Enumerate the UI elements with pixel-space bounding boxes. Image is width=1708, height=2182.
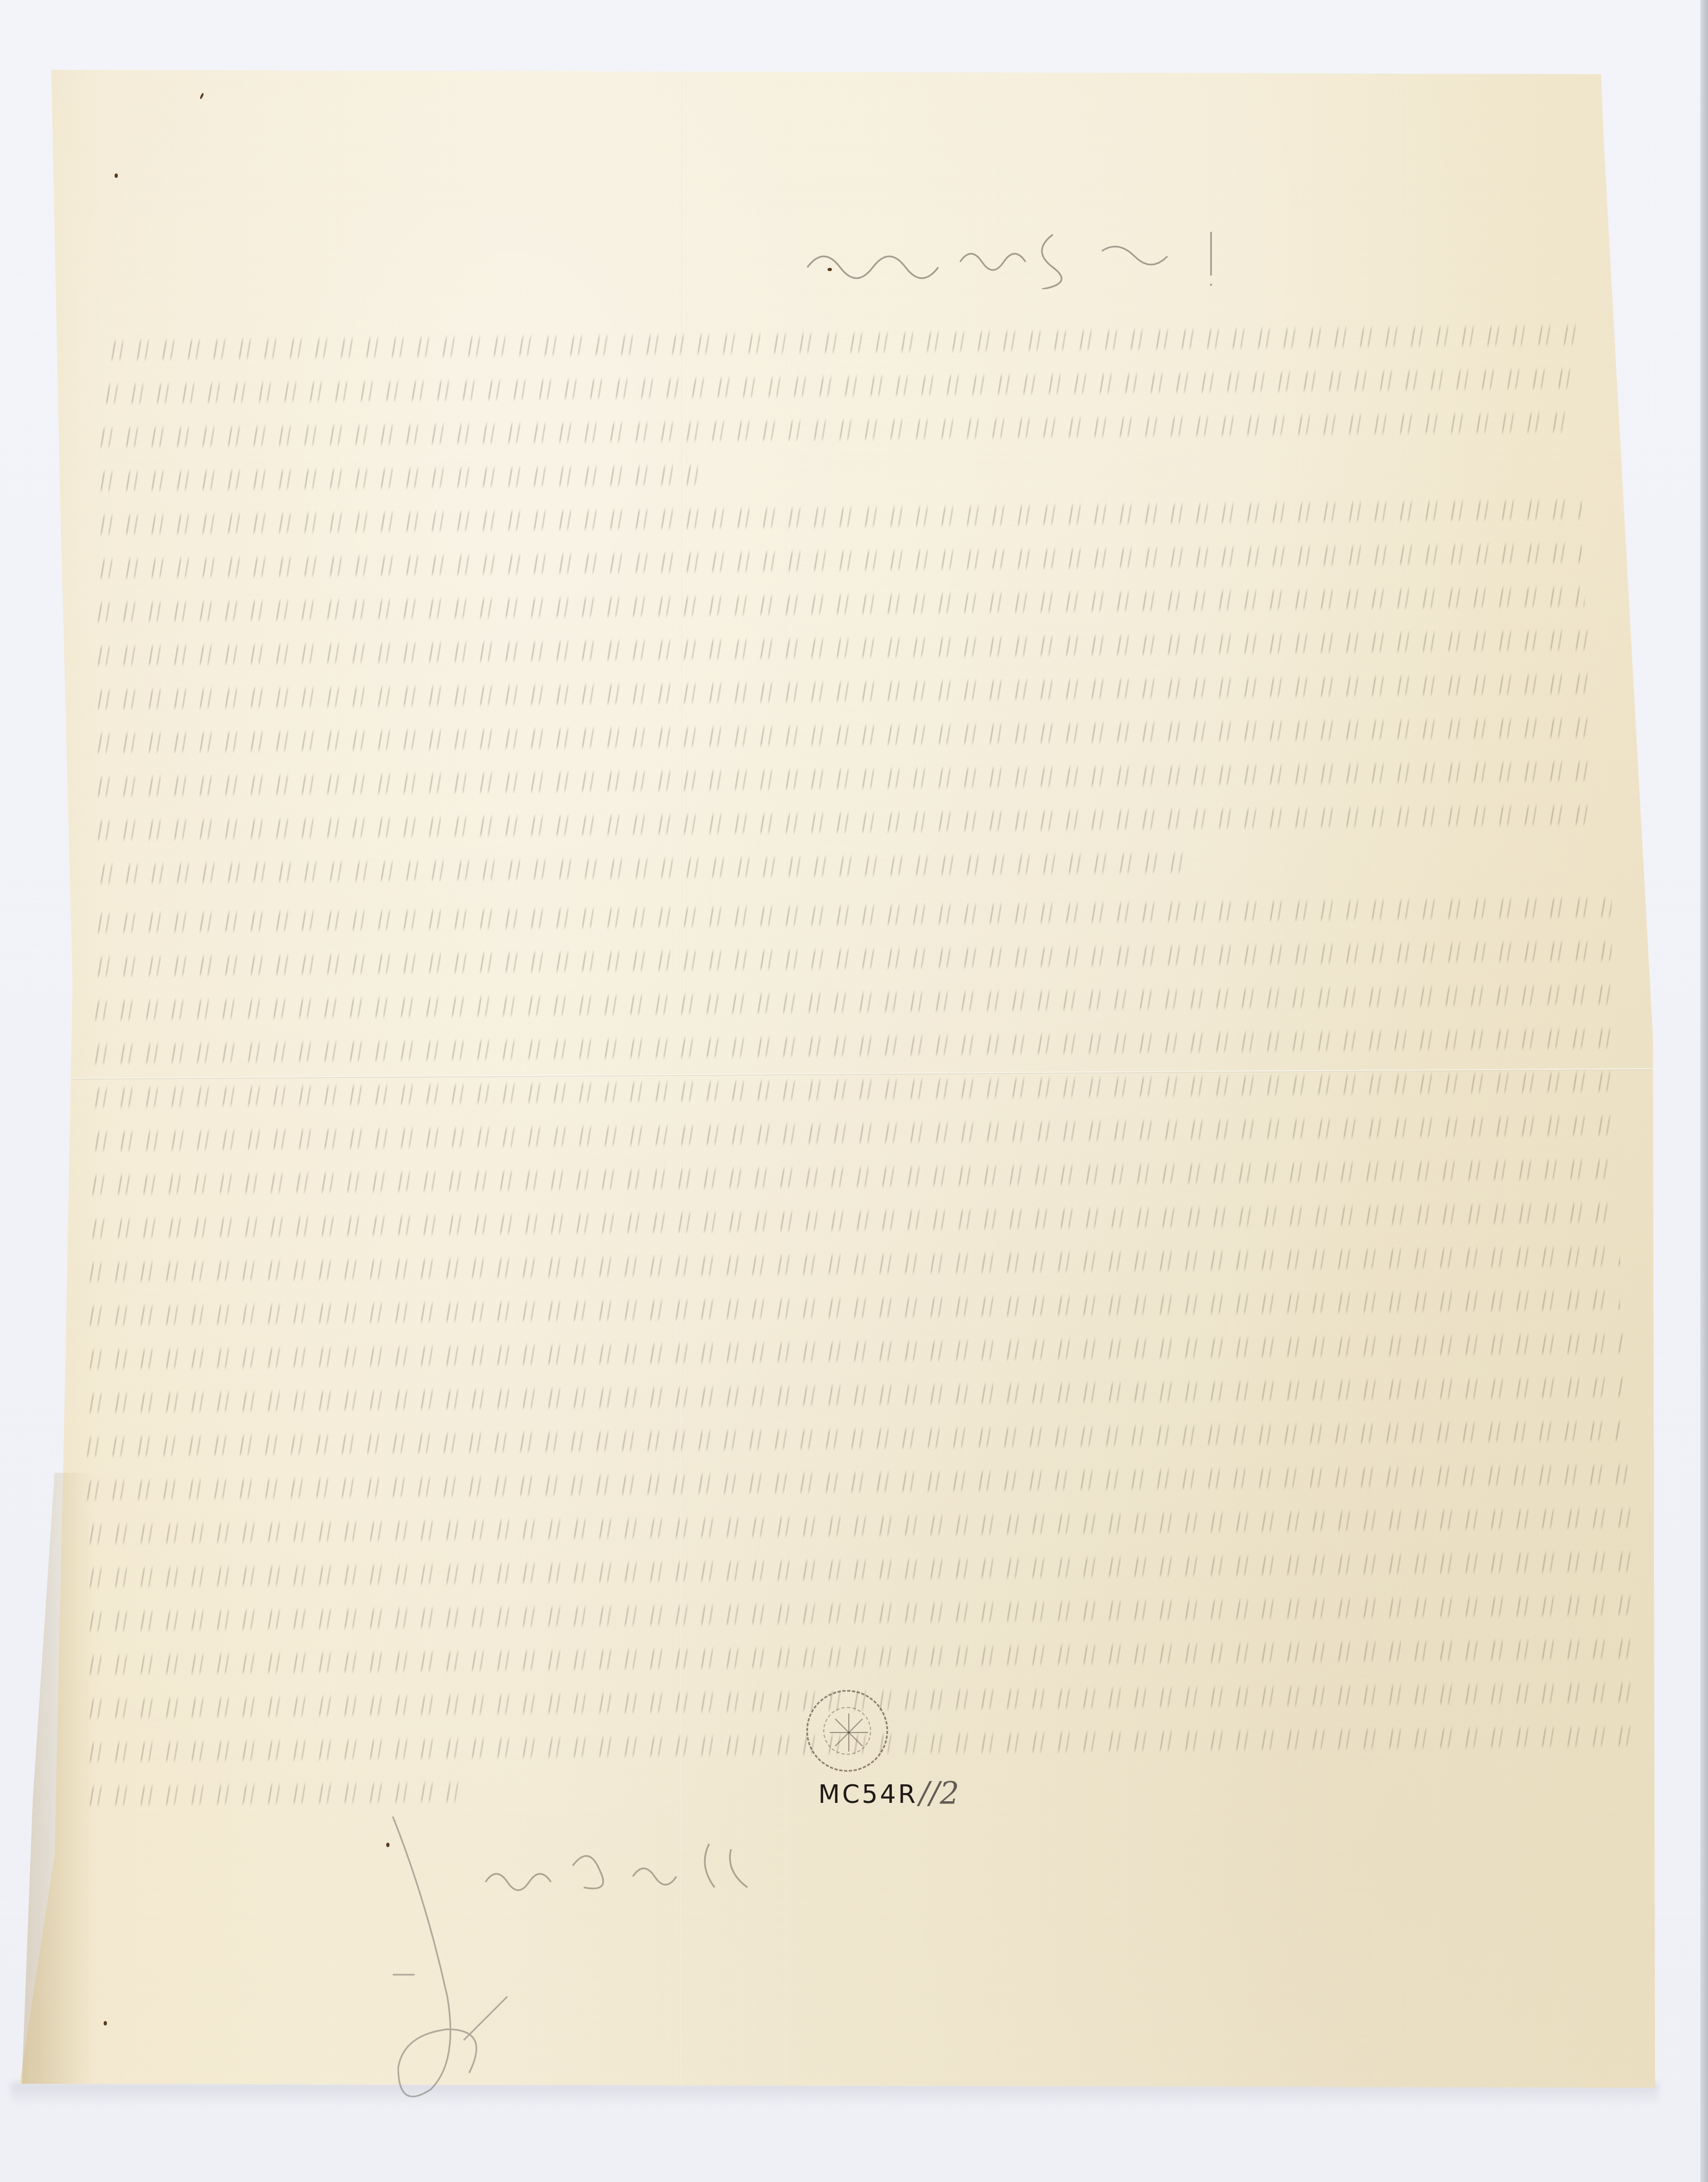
- vertical-fold-line: [786, 76, 787, 2084]
- paper-speck: [104, 2021, 107, 2025]
- stamp-rays-icon: [808, 1692, 890, 1773]
- scanner-edge: [1700, 0, 1708, 2182]
- archive-stamp: [806, 1690, 888, 1772]
- paper-stain: [22, 1473, 93, 2084]
- paper-speck: [828, 268, 832, 271]
- letter-sheet: [0, 0, 1708, 2182]
- vertical-fold-line: [681, 76, 682, 2084]
- paper-speck: [386, 1843, 389, 1847]
- archive-folio-number: //2: [919, 1776, 959, 1811]
- signature-handwriting: [382, 1811, 578, 2117]
- archive-catalog-number: MC54R: [818, 1779, 918, 1809]
- scanned-document: MC54R //2: [0, 0, 1708, 2182]
- salutation-handwriting: [796, 229, 1244, 289]
- paper-speck: [115, 173, 118, 178]
